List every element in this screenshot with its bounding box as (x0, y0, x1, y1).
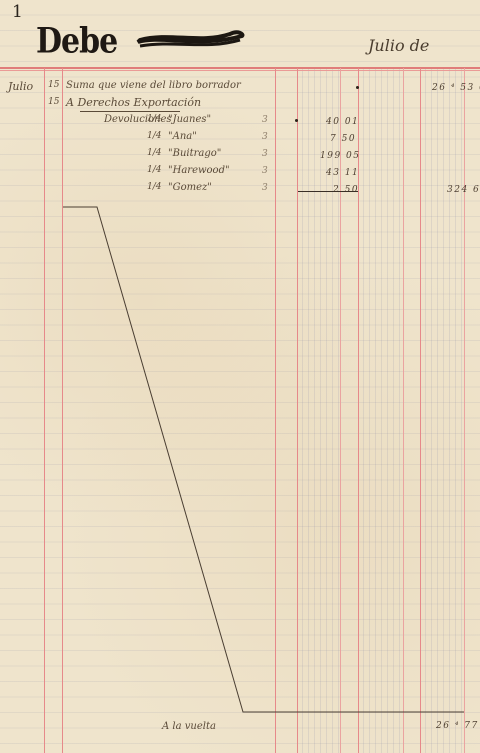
cancellation-line (0, 0, 480, 753)
carry-forward-total: 26 ⁴ 77 8 29 (436, 721, 480, 731)
ledger-page: 1 Debe Julio de Julio 15 Suma que viene … (0, 0, 480, 753)
carry-forward-label: A la vuelta (162, 721, 216, 732)
